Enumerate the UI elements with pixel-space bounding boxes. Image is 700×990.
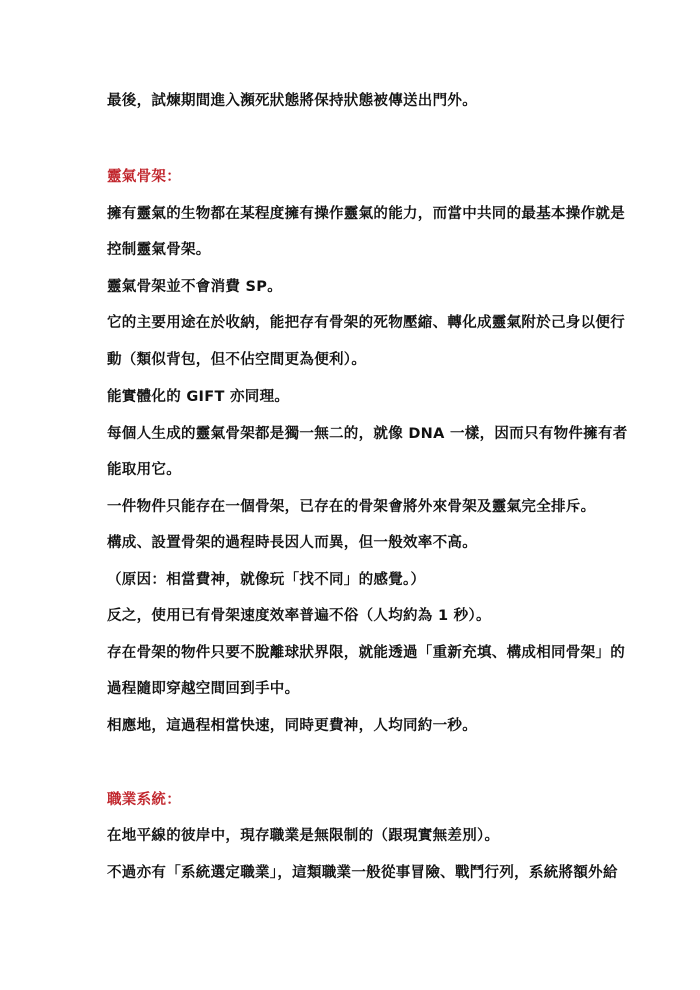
paragraph-line: 控制靈氣骨架。 <box>107 240 211 260</box>
paragraph-line: 能取用它。 <box>107 460 181 480</box>
paragraph-line: 能實體化的 GIFT 亦同理。 <box>107 387 289 407</box>
section-heading-aura-skeleton: 靈氣骨架： <box>107 167 181 187</box>
paragraph-line: 過程隨即穿越空間回到手中。 <box>107 679 299 699</box>
paragraph-line: （原因：相當費神，就像玩「找不同」的感覺。） <box>107 570 425 590</box>
document-page: 最後，試煉期間進入瀕死狀態將保持狀態被傳送出門外。 靈氣骨架： 擁有靈氣的生物都… <box>0 0 700 990</box>
paragraph-line: 存在骨架的物件只要不脫離球狀界限，就能透過「重新充填、構成相同骨架」的 <box>107 643 625 663</box>
paragraph-line: 相應地，這過程相當快速，同時更費神，人均同約一秒。 <box>107 716 477 736</box>
paragraph-line: 擁有靈氣的生物都在某程度擁有操作靈氣的能力，而當中共同的最基本操作就是 <box>107 204 625 224</box>
paragraph-line: 每個人生成的靈氣骨架都是獨一無二的，就像 DNA 一樣，因而只有物件擁有者 <box>107 424 628 444</box>
paragraph-line: 不過亦有「系統選定職業」，這類職業一般從事冒險、戰鬥行列，系統將額外給 <box>107 863 618 883</box>
section-heading-job-system: 職業系統： <box>107 790 181 810</box>
intro-paragraph: 最後，試煉期間進入瀕死狀態將保持狀態被傳送出門外。 <box>107 91 477 111</box>
paragraph-line: 反之，使用已有骨架速度效率普遍不俗（人均約為 1 秒）。 <box>107 606 491 626</box>
paragraph-line: 在地平線的彼岸中，現存職業是無限制的（跟現實無差別）。 <box>107 826 499 846</box>
paragraph-line: 靈氣骨架並不會消費 SP。 <box>107 277 282 297</box>
paragraph-line: 它的主要用途在於收納，能把存有骨架的死物壓縮、轉化成靈氣附於己身以便行 <box>107 313 625 333</box>
paragraph-line: 一件物件只能存在一個骨架，已存在的骨架會將外來骨架及靈氣完全排斥。 <box>107 497 595 517</box>
paragraph-line: 動（類似背包，但不佔空間更為便利）。 <box>107 350 366 370</box>
paragraph-line: 構成、設置骨架的過程時長因人而異，但一般效率不高。 <box>107 533 477 553</box>
